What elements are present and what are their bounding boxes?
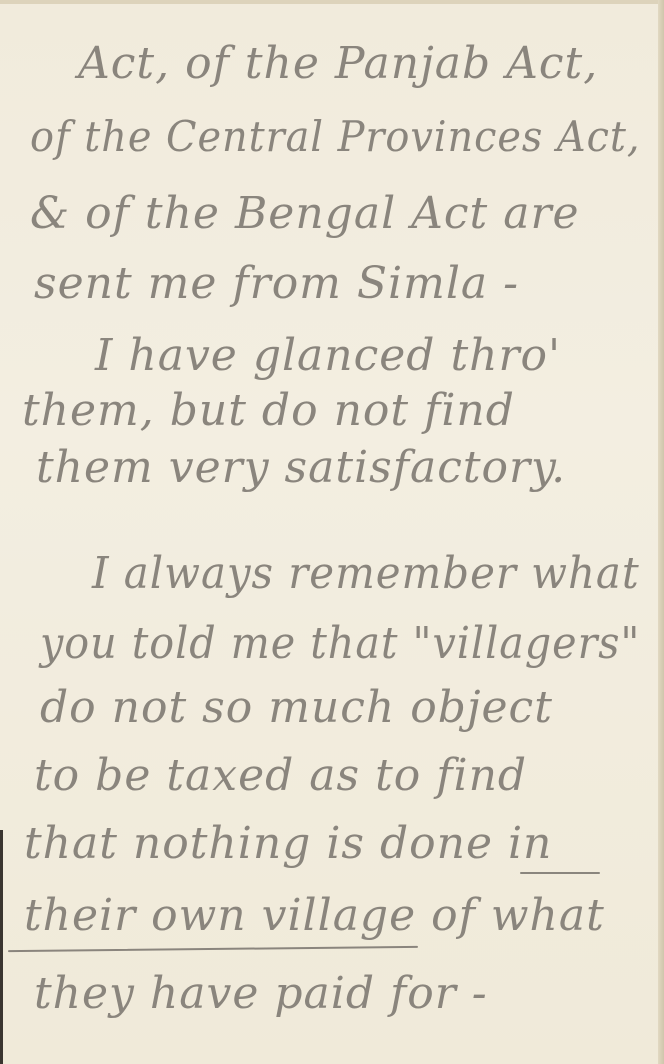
handwritten-line-6: them, but do not find bbox=[22, 385, 515, 436]
paper-right-edge bbox=[658, 0, 664, 1064]
underline-in bbox=[520, 872, 600, 874]
manuscript-page: Act, of the Panjab Act, of the Central P… bbox=[0, 0, 664, 1064]
handwritten-line-8: I always remember what bbox=[92, 548, 640, 599]
handwritten-line-10: do not so much object bbox=[40, 682, 553, 733]
paper-top-edge bbox=[0, 0, 664, 4]
handwritten-line-7: them very satisfactory. bbox=[36, 442, 566, 493]
handwritten-line-13: their own village of what bbox=[24, 890, 605, 941]
handwritten-line-3: & of the Bengal Act are bbox=[30, 188, 580, 239]
handwritten-line-1: Act, of the Panjab Act, bbox=[78, 38, 598, 89]
paper-left-shadow bbox=[0, 830, 3, 1064]
handwritten-line-9: you told me that "villagers" bbox=[40, 618, 640, 669]
underline-their-own-village bbox=[8, 946, 418, 952]
handwritten-line-12: that nothing is done in bbox=[24, 818, 552, 869]
handwritten-line-4: sent me from Simla - bbox=[34, 258, 519, 309]
handwritten-line-5: I have glanced thro' bbox=[95, 330, 561, 381]
handwritten-line-2: of the Central Provinces Act, bbox=[30, 112, 641, 161]
handwritten-line-14: they have paid for - bbox=[34, 968, 488, 1019]
handwritten-line-11: to be taxed as to find bbox=[34, 750, 527, 801]
